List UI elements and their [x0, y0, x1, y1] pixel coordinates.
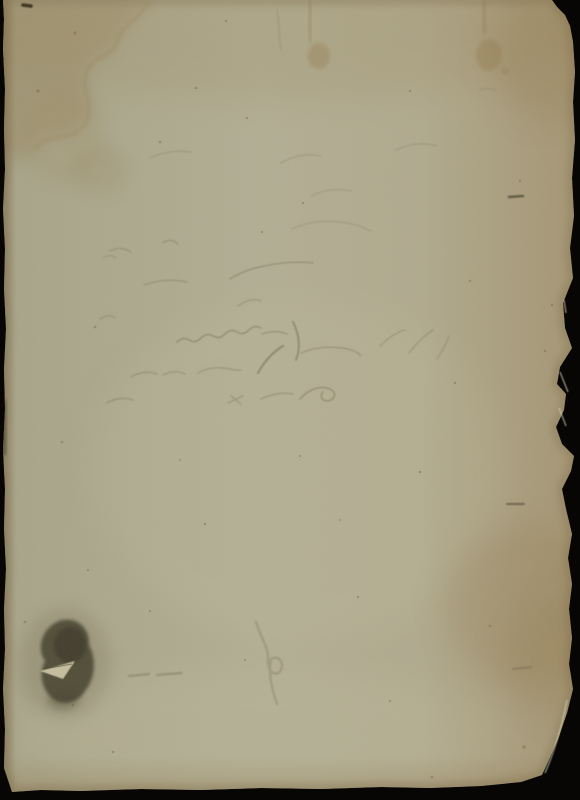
paper-sheet — [0, 0, 580, 800]
manuscript-scan — [0, 0, 580, 800]
scan-stage — [0, 0, 580, 800]
paper-grain-texture — [0, 0, 580, 800]
